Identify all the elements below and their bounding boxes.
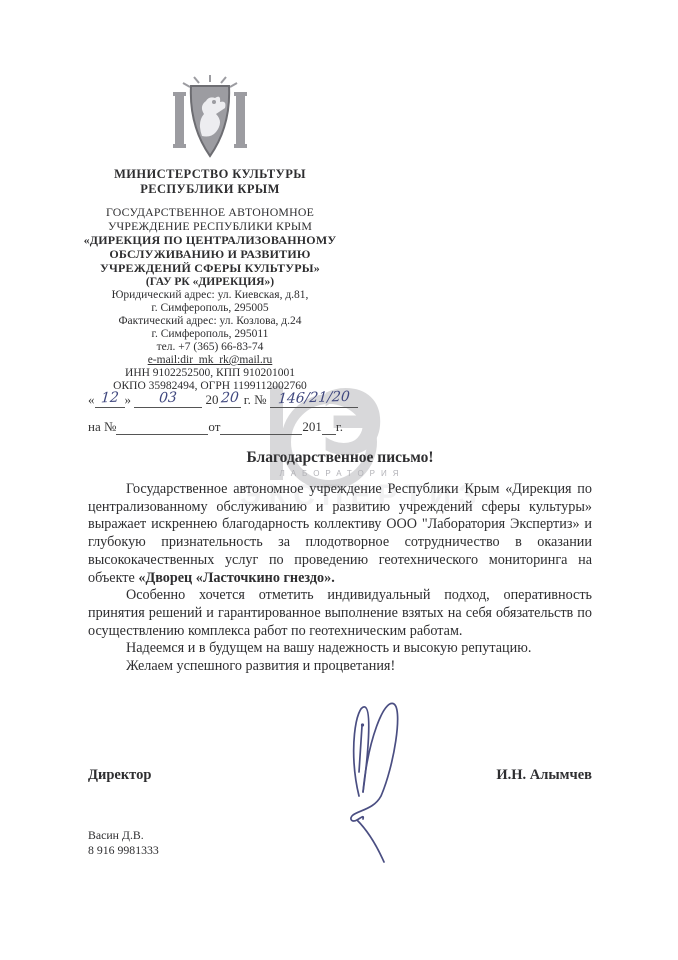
contact-phone: 8 916 9981333	[88, 843, 159, 858]
org-name-line2: УЧРЕЖДЕНИЕ РЕСПУБЛИКИ КРЫМ	[30, 220, 390, 234]
close-quote: »	[125, 392, 132, 407]
reply-prefix: на №	[88, 419, 116, 434]
handwritten-doc-number: 146/21/20	[277, 389, 350, 408]
crimea-coat-of-arms-icon	[171, 74, 249, 160]
printed-year-prefix: 20	[206, 392, 219, 407]
paragraph-2: Особенно хочется отметить индивидуальный…	[88, 587, 592, 640]
org-abbreviation: (ГАУ РК «ДИРЕКЦИЯ»)	[30, 275, 390, 289]
reply-year-suffix: г.	[336, 419, 343, 434]
handwritten-month: 03	[159, 390, 178, 407]
executor-contact: Васин Д.В. 8 916 9981333	[88, 828, 159, 858]
paragraph-1-object-name: «Дворец «Ласточкино гнездо».	[138, 570, 334, 586]
year-suffix: г. №	[244, 392, 267, 407]
legal-address-line1: Юридический адрес: ул. Киевская, д.81,	[30, 289, 390, 302]
actual-address-line1: Фактический адрес: ул. Козлова, д.24	[30, 315, 390, 328]
signer-name: И.Н. Алымчев	[496, 767, 592, 784]
legal-address-line2: г. Симферополь, 295005	[30, 302, 390, 315]
paragraph-1: Государственное автономное учреждение Ре…	[88, 481, 592, 587]
org-name-bold-line2: ОБСЛУЖИВАНИЮ И РАЗВИТИЮ	[30, 247, 390, 261]
ministry-name-line2: РЕСПУБЛИКИ КРЫМ	[30, 182, 390, 197]
letter-body: Государственное автономное учреждение Ре…	[88, 481, 592, 676]
paragraph-4: Желаем успешного развития и процветания!	[88, 658, 592, 676]
date-number-line: «12» 03 2020 г. № 146/21/20	[88, 390, 418, 412]
letter-title: Благодарственное письмо!	[88, 449, 592, 467]
handwritten-day: 12	[100, 390, 119, 407]
ministry-name-line1: МИНИСТЕРСТВО КУЛЬТУРЫ	[30, 167, 390, 182]
phone-line: тел. +7 (365) 66-83-74	[30, 341, 390, 354]
contact-name: Васин Д.В.	[88, 828, 159, 843]
org-name-bold-line3: УЧРЕЖДЕНИЙ СФЕРЫ КУЛЬТУРЫ»	[30, 261, 390, 275]
inn-kpp-line: ИНН 9102252500, КПП 910201001	[30, 367, 390, 380]
reply-year: 201	[302, 419, 322, 434]
watermark-brand-text: ЛАБОРАТОРИЯ	[252, 469, 432, 478]
griffin-eye	[212, 100, 216, 104]
actual-address-line2: г. Симферополь, 295011	[30, 328, 390, 341]
reply-reference-line: на №от201г.	[88, 417, 418, 439]
reply-from-label: от	[208, 419, 220, 434]
org-name-bold-line1: «ДИРЕКЦИЯ ПО ЦЕНТРАЛИЗОВАННОМУ	[30, 233, 390, 247]
handwritten-year: 20	[220, 390, 239, 407]
org-name-line1: ГОСУДАРСТВЕННОЕ АВТОНОМНОЕ	[30, 206, 390, 220]
signer-role: Директор	[88, 767, 151, 784]
letterhead: МИНИСТЕРСТВО КУЛЬТУРЫ РЕСПУБЛИКИ КРЫМ ГО…	[30, 74, 390, 393]
reference-block: «12» 03 2020 г. № 146/21/20 на №от201г.	[88, 390, 418, 439]
paragraph-3: Надеемся и в будущем на вашу надежность …	[88, 640, 592, 658]
email-line: e-mail:dir_mk_rk@mail.ru	[30, 354, 390, 367]
letter-page: Э ЛАБОРАТОРИЯ ЭКСПЕРТИЗ	[0, 0, 678, 960]
signature-row: Директор И.Н. Алымчев	[88, 767, 592, 784]
